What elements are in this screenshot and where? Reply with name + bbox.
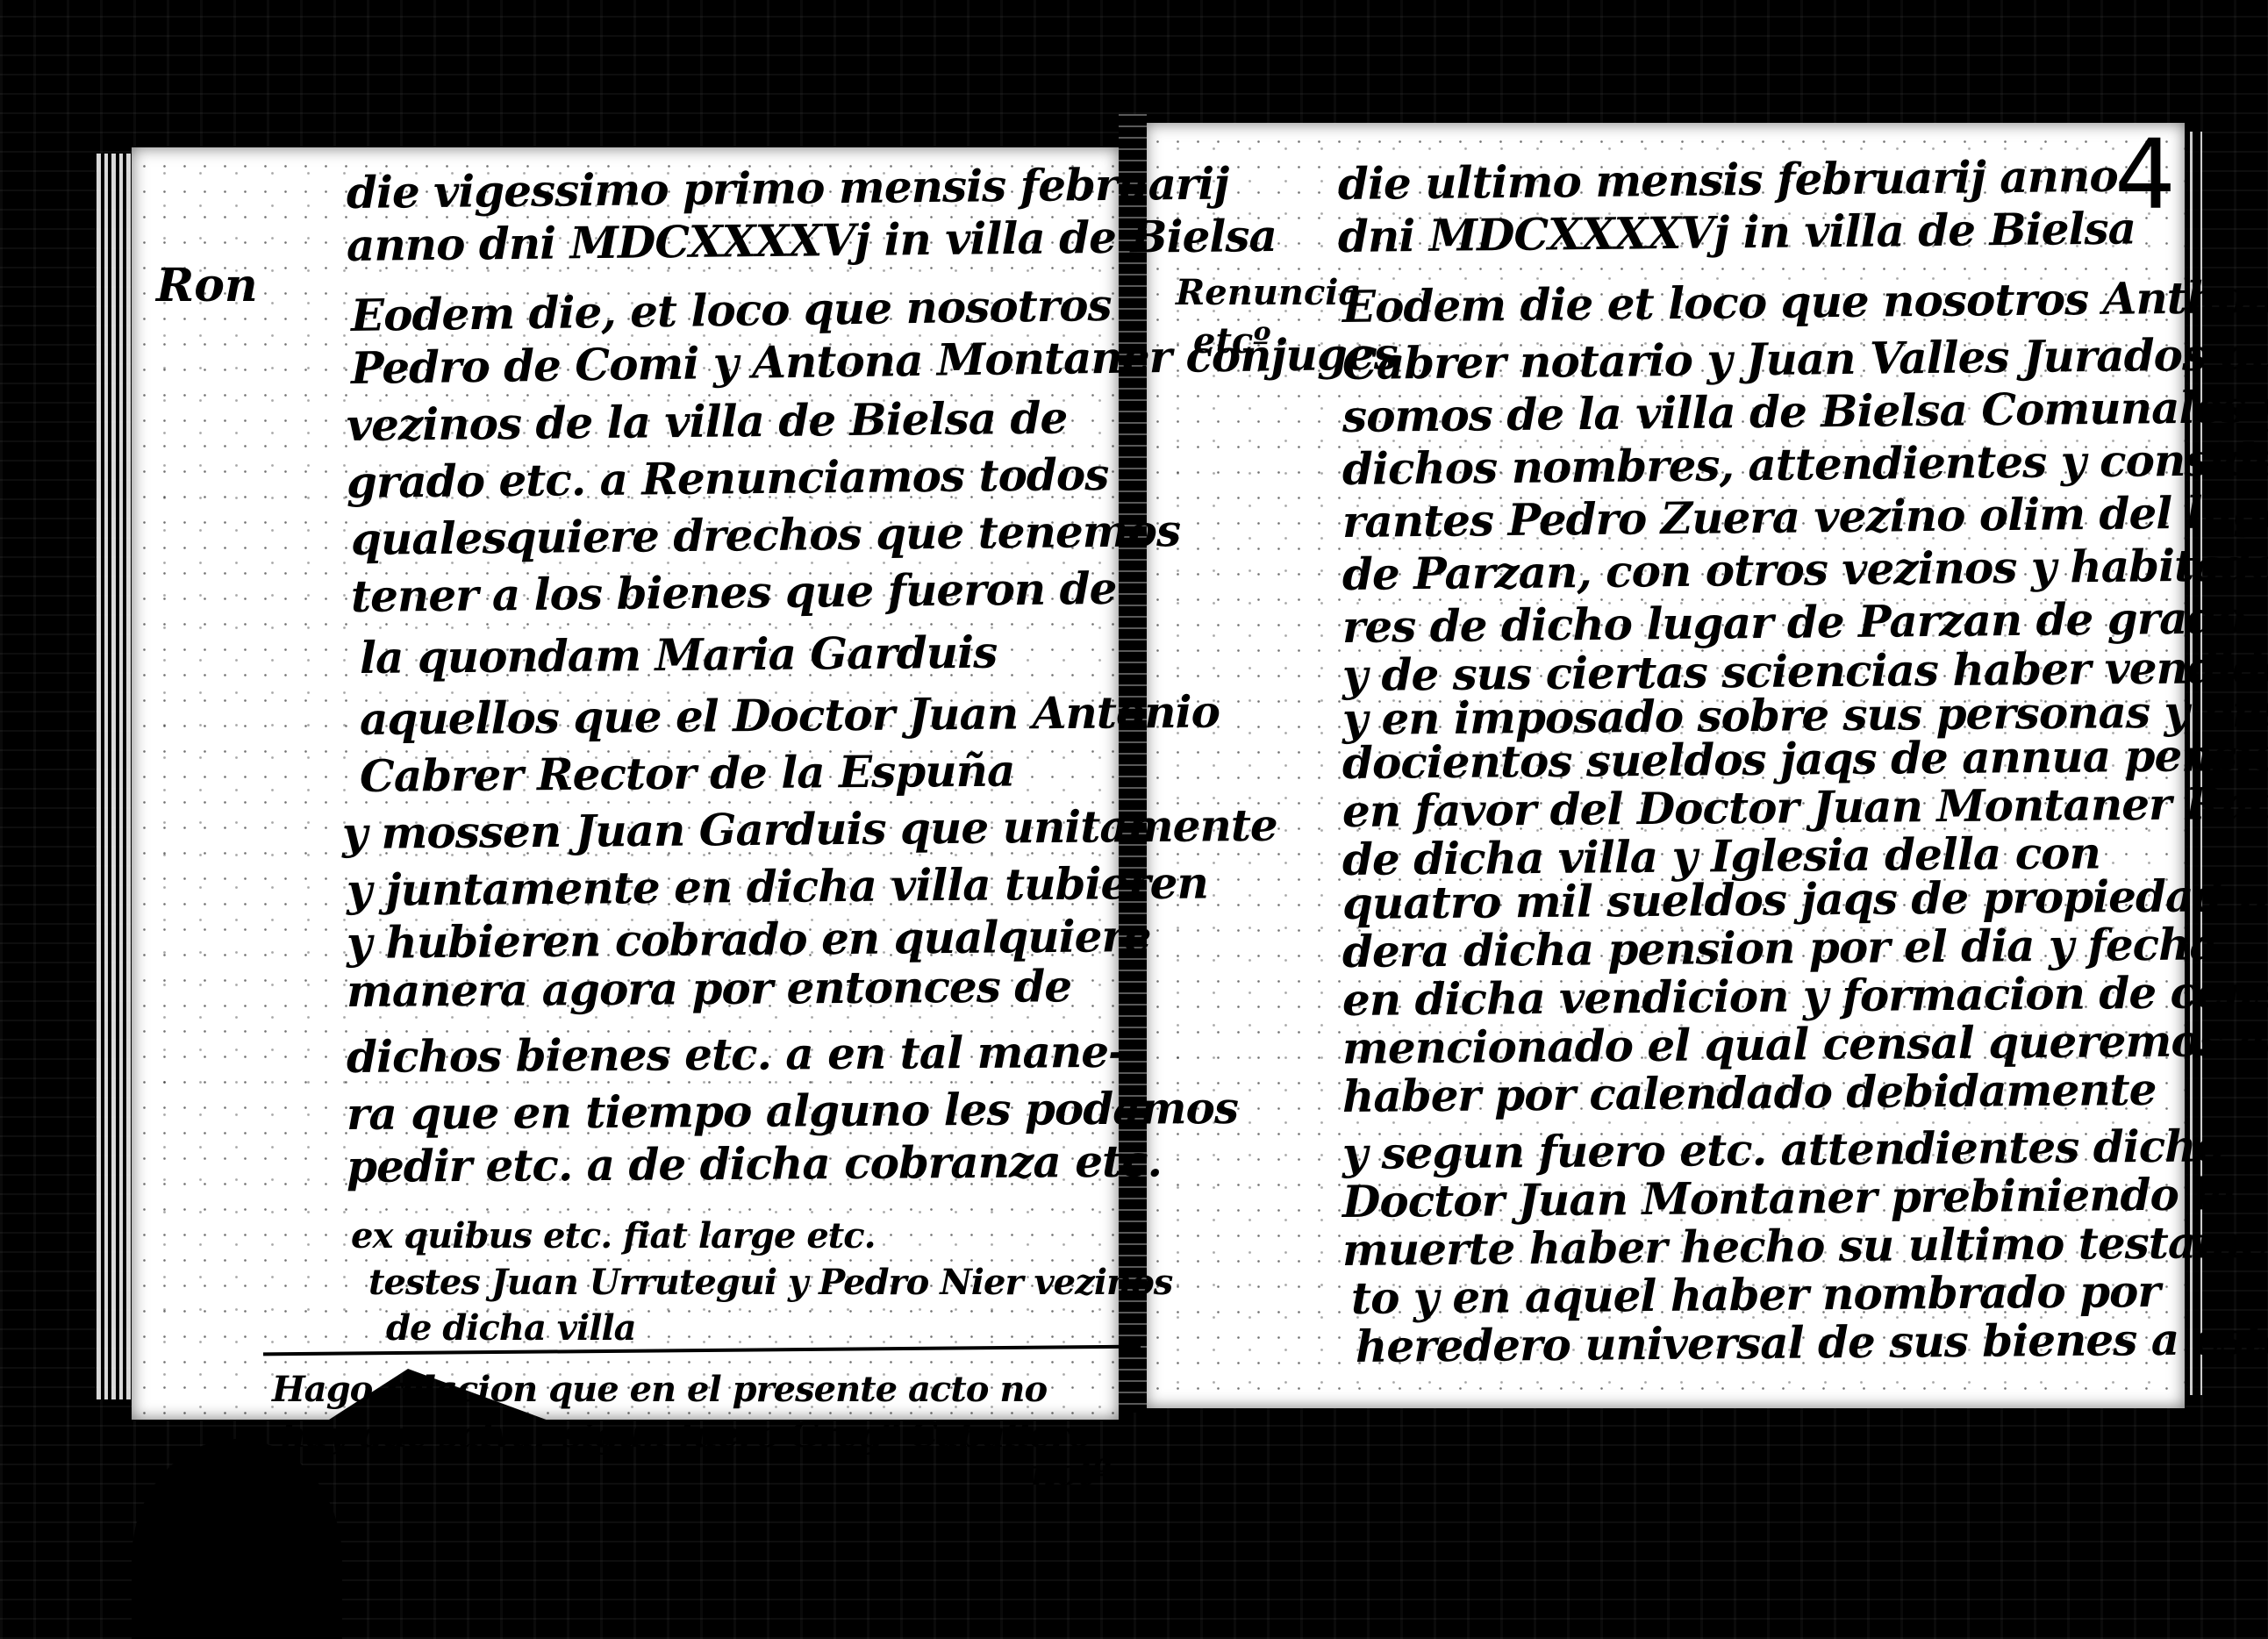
manuscript-line: dichos bienes etc. a en tal mane- — [347, 1026, 1126, 1083]
manuscript-line: Cabrer notario y Juan Valles Jurados que — [1342, 327, 2268, 390]
manuscript-line: qualesquiere drechos que tenemos — [351, 505, 1181, 565]
manuscript-line: en favor del Doctor Juan Montaner Racion… — [1342, 776, 2268, 837]
right-margin-note: Renuncia — [1176, 272, 1361, 313]
manuscript-line: heredero universal de sus bienes a esta — [1356, 1313, 2268, 1372]
manuscript-line: vezinos de la villa de Bielsa de — [347, 391, 1068, 451]
manuscript-line: Eodem die, et loco que nosotros — [351, 279, 1112, 341]
left-page-edge — [97, 154, 136, 1399]
right-margin-note: etcº — [1193, 320, 1270, 361]
manuscript-line: haber por calendado debidamente — [1342, 1063, 2157, 1122]
notary-signature: notº — [1031, 1452, 1110, 1493]
manuscript-line: manera agora por entonces de — [347, 960, 1071, 1017]
manuscript-line: y juntamente en dicha villa tubieren — [347, 856, 1208, 916]
left-margin-note: Ron — [156, 259, 258, 312]
manuscript-line: ex quibus etc. fiat large etc. — [351, 1215, 876, 1256]
manuscript-line: pedir etc. a de dicha cobranza etc. — [347, 1135, 1162, 1192]
manuscript-line: y mossen Juan Garduis que unitamente — [342, 799, 1277, 859]
manuscript-line: Eodem die et loco que nosotros Anthonio — [1342, 270, 2268, 333]
manuscript-line: dni MDCXXXXVj in villa de Bielsa — [1338, 202, 2136, 262]
manuscript-line: somos de la villa de Bielsa Comunales y … — [1342, 380, 2268, 442]
manuscript-line: dichos nombres, attendientes y conside- — [1342, 433, 2268, 495]
manuscript-line: de Parzan, con otros vezinos y habitado- — [1342, 539, 2268, 600]
manuscript-line: aquellos que el Doctor Juan Antonio — [360, 685, 1220, 745]
manuscript-line: Cabrer Rector de la Espuña — [360, 744, 1015, 802]
manuscript-line: grado etc. a Renunciamos todos — [347, 448, 1109, 508]
manuscript-line: testes Juan Urrutegui y Pedro Nier vezin… — [368, 1262, 1172, 1303]
manuscript-line: la quondam Maria Garduis — [360, 626, 998, 684]
manuscript-line: ra que en tiempo alguno les podamos — [347, 1082, 1238, 1140]
notary-relation-line: Hago relacion que en el presente acto no — [272, 1369, 1047, 1410]
manuscript-line: die vigessimo primo mensis februarij — [347, 157, 1229, 218]
manuscript-line: anno dni MDCXXXXVj in villa de Bielsa — [347, 210, 1277, 271]
manuscript-line: tener a los bienes que fueron de — [351, 562, 1117, 622]
manuscript-line: die ultimo mensis februarij anno — [1338, 150, 2118, 210]
binding-shadow — [132, 1439, 342, 1639]
notary-relation-line: hay que salvar sigun fuero Gregº Caballe… — [281, 1414, 1091, 1456]
manuscript-line: de dicha villa — [386, 1307, 636, 1349]
manuscript-line: rantes Pedro Zuera vezino olim del lugar — [1342, 485, 2268, 548]
book-gutter — [1119, 114, 1147, 1413]
